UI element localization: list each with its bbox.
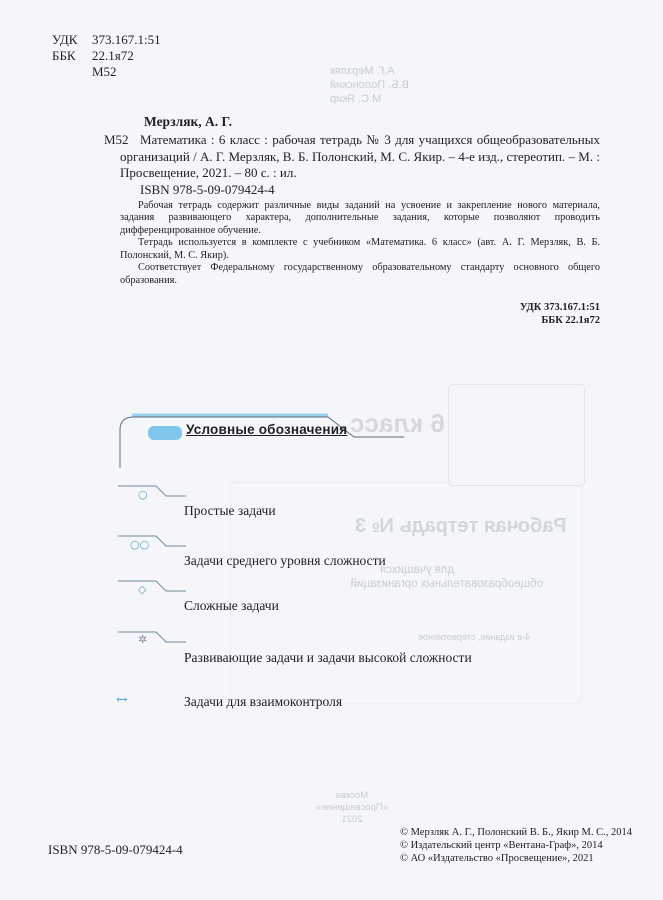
ghost-text: «Просвещение» (312, 802, 392, 814)
annotation-paragraph: Рабочая тетрадь содержит различные виды … (120, 200, 600, 238)
ghost-text: 2021 (312, 814, 392, 826)
classification-codes: УДК 373.167.1:51 ББК 22.1я72 (120, 301, 600, 327)
tab-line (118, 628, 188, 648)
copyright-line: © АО «Издательство «Просвещение», 2021 (400, 852, 632, 865)
legend-label: Сложные задачи (184, 598, 279, 614)
ghost-text: А.Г. Мерзляк (330, 64, 440, 78)
catalog-codes: УДК373.167.1:51 ББК22.1я72 М52 (52, 32, 161, 80)
legend-marker (148, 426, 182, 440)
annotation-paragraph: Тетрадь используется в комплекте с учебн… (120, 237, 600, 262)
legend-label: Развивающие задачи и задачи высокой слож… (184, 650, 472, 666)
double-circle-icon: ○○ (130, 539, 149, 550)
bbk-value: 22.1я72 (92, 48, 134, 64)
bibliographic-record: Мерзляк, А. Г. М52 Математика : 6 класс … (120, 114, 600, 327)
annotation-paragraph: Соответствует Федеральному государственн… (120, 262, 600, 287)
tab-line (118, 532, 188, 552)
author-mark-side: М52 (104, 132, 129, 148)
legend-label: Простые задачи (184, 503, 276, 519)
bbk-code: ББК 22.1я72 (120, 314, 600, 327)
bleed-through-imprint: Москва «Просвещение» 2021 (312, 790, 392, 826)
copyright-line: © Мерзляк А. Г., Полонский В. Б., Якир М… (400, 826, 632, 839)
star-icon: ✲ (138, 634, 147, 645)
author-mark: М52 (92, 64, 117, 80)
legend-header-frame (118, 408, 418, 478)
ghost-text: Москва (312, 790, 392, 802)
legend-item-simple: ○ Простые задачи (118, 482, 538, 522)
legend-item-hard: ◇ Сложные задачи (118, 577, 538, 617)
udk-label: УДК (52, 32, 92, 48)
legend-label: Задачи для взаимоконтроля (184, 694, 342, 710)
legend-item-mutual-control: ↔ Задачи для взаимоконтроля (118, 693, 538, 733)
circle-icon: ○ (138, 489, 148, 500)
ghost-text: М.С. Якир (330, 92, 440, 106)
copyright-notices: © Мерзляк А. Г., Полонский В. Б., Якир М… (400, 826, 632, 865)
udk-code: УДК 373.167.1:51 (120, 301, 600, 314)
tab-line (118, 482, 188, 502)
bbk-label: ББК (52, 48, 92, 64)
ghost-text: В.Б. Полонский (330, 78, 440, 92)
isbn-footer: ISBN 978-5-09-079424-4 (48, 842, 183, 858)
tab-line (118, 577, 188, 597)
legend-item-medium: ○○ Задачи среднего уровня сложности (118, 532, 538, 572)
annotation: Рабочая тетрадь содержит различные виды … (120, 200, 600, 288)
copyright-line: © Издательский центр «Вентана-Граф», 201… (400, 839, 632, 852)
legend-item-developing: ✲ Развивающие задачи и задачи высокой сл… (118, 628, 538, 668)
bleed-through-authors: А.Г. Мерзляк В.Б. Полонский М.С. Якир (330, 64, 440, 106)
author-heading: Мерзляк, А. Г. (144, 114, 600, 130)
legend-label: Задачи среднего уровня сложности (184, 553, 386, 569)
double-arrow-icon: ↔ (116, 695, 128, 706)
diamond-icon: ◇ (138, 584, 146, 595)
isbn-line: ISBN 978-5-09-079424-4 (140, 182, 600, 198)
legend-title: Условные обозначения (186, 422, 347, 437)
udk-value: 373.167.1:51 (92, 32, 161, 48)
bibliographic-entry: Математика : 6 класс : рабочая тетрадь №… (120, 132, 600, 182)
legend-header: Условные обозначения (118, 408, 418, 478)
bleed-through-box-top (448, 384, 585, 486)
